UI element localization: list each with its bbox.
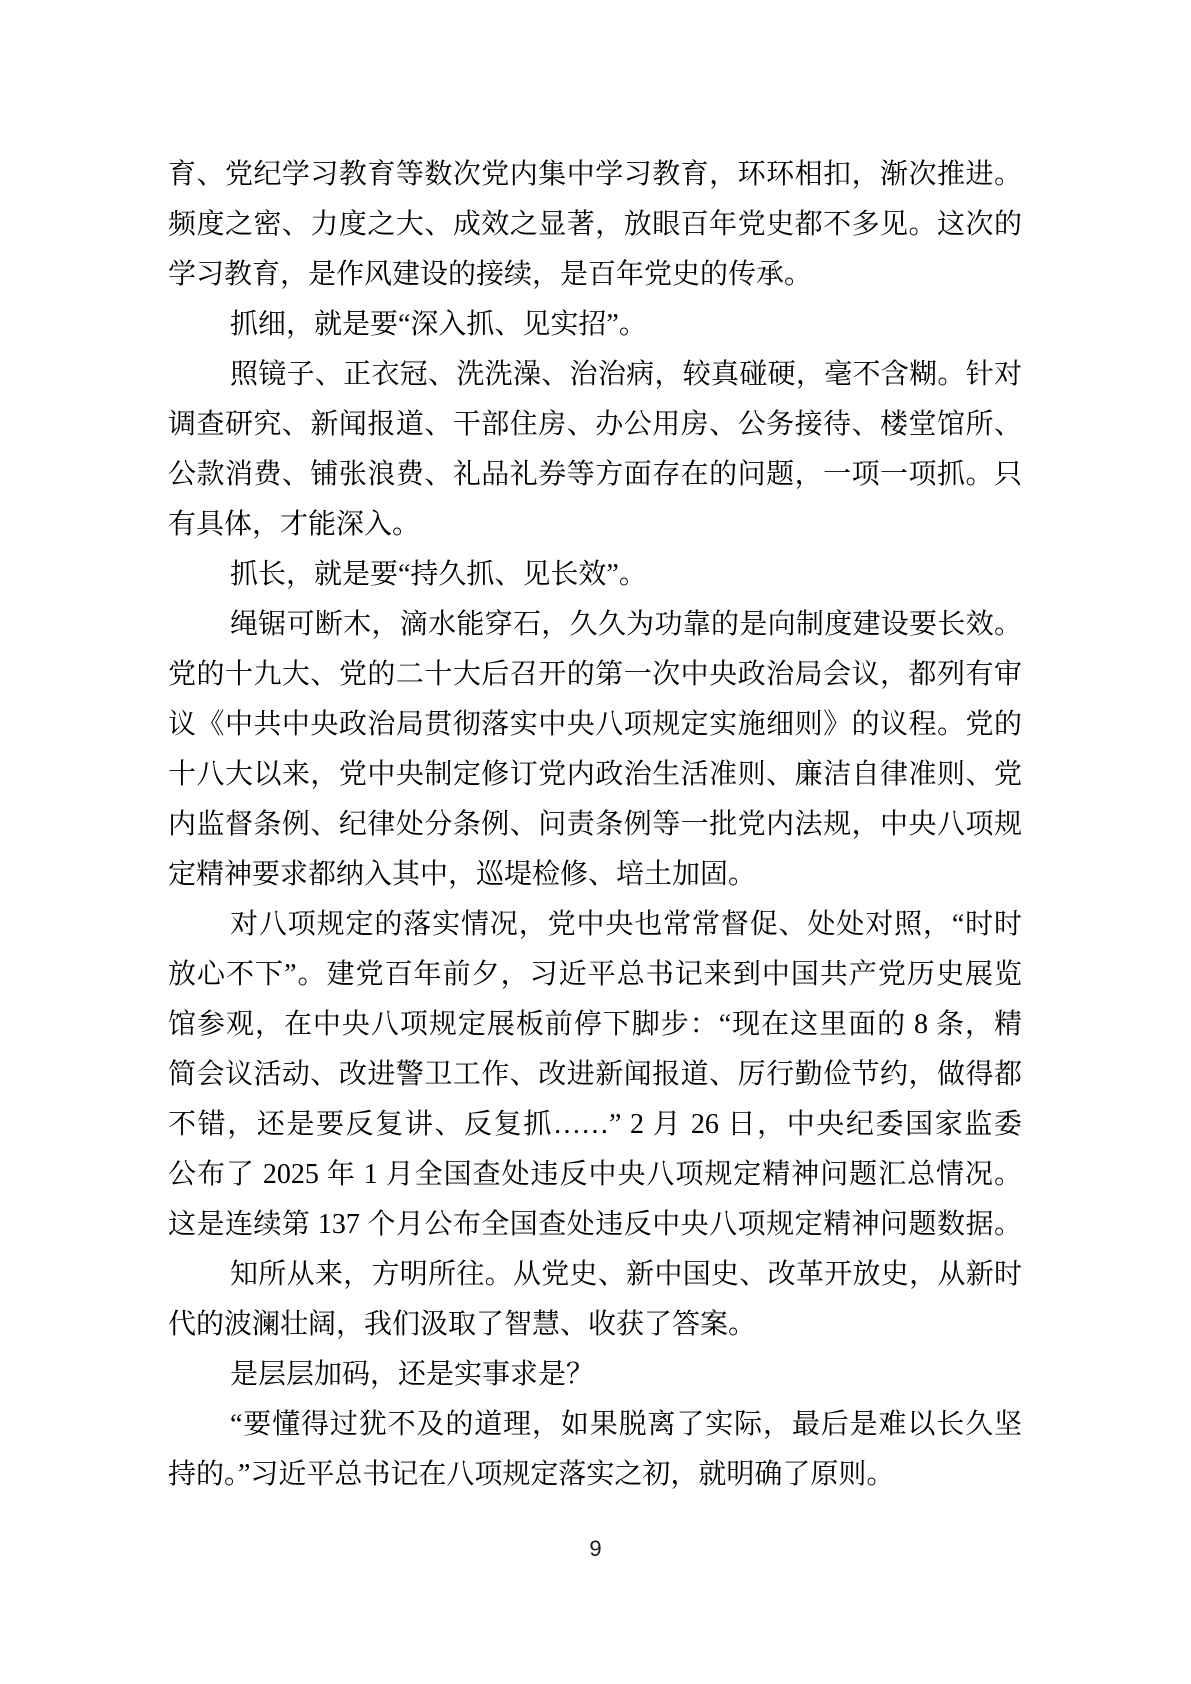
text-line: 公款消费、铺张浪费、礼品礼券等方面存在的问题，一项一项抓。只 [168, 450, 1022, 500]
text-line: 有具体，才能深入。 [168, 500, 1022, 550]
text-line: 是层层加码，还是实事求是？ [168, 1350, 1022, 1400]
text-line: 十八大以来，党中央制定修订党内政治生活准则、廉洁自律准则、党 [168, 750, 1022, 800]
text-line: 党的十九大、党的二十大后召开的第一次中央政治局会议，都列有审 [168, 650, 1022, 700]
page-number: 9 [0, 1534, 1191, 1564]
text-line: 放心不下”。建党百年前夕，习近平总书记来到中国共产党历史展览 [168, 950, 1022, 1000]
text-line: 简会议活动、改进警卫工作、改进新闻报道、厉行勤俭节约，做得都 [168, 1050, 1022, 1100]
text-line: 抓细，就是要“深入抓、见实招”。 [168, 300, 1022, 350]
text-line: 知所从来，方明所往。从党史、新中国史、改革开放史，从新时 [168, 1250, 1022, 1300]
text-line: 内监督条例、纪律处分条例、问责条例等一批党内法规，中央八项规 [168, 800, 1022, 850]
text-line: 绳锯可断木，滴水能穿石，久久为功靠的是向制度建设要长效。 [168, 600, 1022, 650]
text-line: “要懂得过犹不及的道理，如果脱离了实际，最后是难以长久坚 [168, 1400, 1022, 1450]
text-line: 这是连续第 137 个月公布全国查处违反中央八项规定精神问题数据。 [168, 1200, 1022, 1250]
text-line: 照镜子、正衣冠、洗洗澡、治治病，较真碰硬，毫不含糊。针对 [168, 350, 1022, 400]
text-line: 代的波澜壮阔，我们汲取了智慧、收获了答案。 [168, 1300, 1022, 1350]
text-line: 调查研究、新闻报道、干部住房、办公用房、公务接待、楼堂馆所、 [168, 400, 1022, 450]
text-line: 持的。”习近平总书记在八项规定落实之初，就明确了原则。 [168, 1450, 1022, 1500]
text-line: 育、党纪学习教育等数次党内集中学习教育，环环相扣，渐次推进。 [168, 150, 1022, 200]
text-line: 抓长，就是要“持久抓、见长效”。 [168, 550, 1022, 600]
text-line: 频度之密、力度之大、成效之显著，放眼百年党史都不多见。这次的 [168, 200, 1022, 250]
document-body: 育、党纪学习教育等数次党内集中学习教育，环环相扣，渐次推进。频度之密、力度之大、… [168, 150, 1022, 1500]
text-line: 议《中共中央政治局贯彻落实中央八项规定实施细则》的议程。党的 [168, 700, 1022, 750]
text-line: 对八项规定的落实情况，党中央也常常督促、处处对照，“时时 [168, 900, 1022, 950]
text-line: 定精神要求都纳入其中，巡堤检修、培土加固。 [168, 850, 1022, 900]
text-line: 公布了 2025 年 1 月全国查处违反中央八项规定精神问题汇总情况。 [168, 1150, 1022, 1200]
text-line: 馆参观，在中央八项规定展板前停下脚步：“现在这里面的 8 条，精 [168, 1000, 1022, 1050]
text-line: 学习教育，是作风建设的接续，是百年党史的传承。 [168, 250, 1022, 300]
document-page: 育、党纪学习教育等数次党内集中学习教育，环环相扣，渐次推进。频度之密、力度之大、… [0, 0, 1191, 1684]
text-line: 不错，还是要反复讲、反复抓……” 2 月 26 日，中央纪委国家监委 [168, 1100, 1022, 1150]
